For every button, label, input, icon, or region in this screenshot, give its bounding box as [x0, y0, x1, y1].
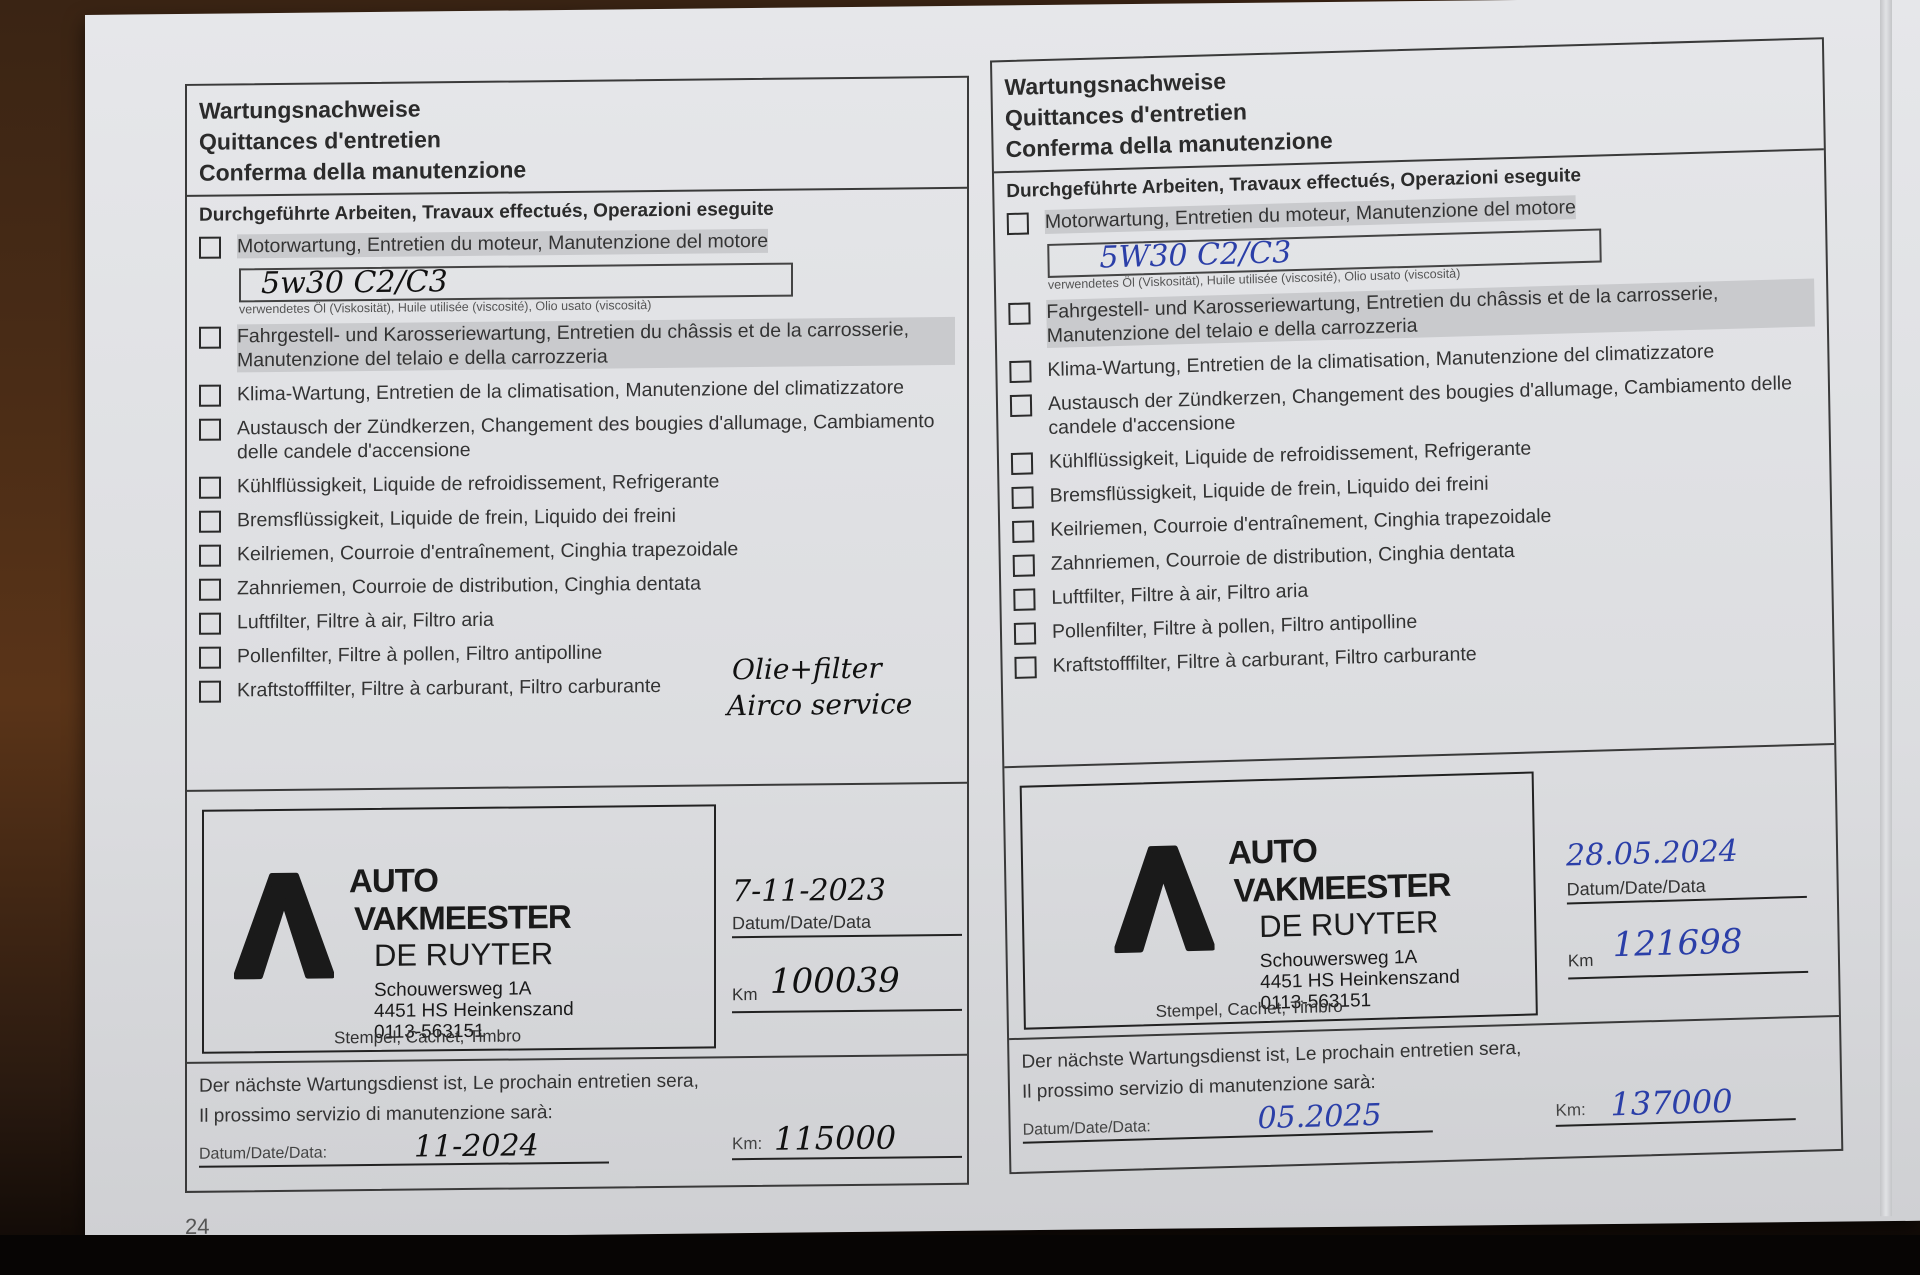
checkbox[interactable]: [1007, 212, 1029, 235]
checklist-item: Kühlflüssigkeit, Liquide de refroidissem…: [199, 467, 955, 499]
booklet-spine: [1880, 0, 1892, 1216]
stamp-brand: DE RUYTER: [374, 936, 553, 974]
oil-viscosity-value: 5W30 C2/C3: [1099, 235, 1291, 275]
checkbox[interactable]: [1009, 360, 1031, 383]
handwritten-note: Airco service: [727, 687, 912, 722]
service-km-value: 121698: [1612, 922, 1742, 966]
next-service-km-field[interactable]: Km: 115000: [732, 1118, 962, 1160]
stamp-brand: AUTO: [1228, 832, 1318, 872]
checkbox[interactable]: [1011, 452, 1033, 475]
service-record-2: Wartungsnachweise Quittances d'entretien…: [990, 37, 1843, 1174]
checkbox[interactable]: [1008, 302, 1030, 325]
checkbox[interactable]: [199, 327, 221, 349]
stamp-brand: DE RUYTER: [1259, 904, 1439, 945]
service-date-value: 7-11-2023: [732, 873, 886, 910]
workshop-stamp: AUTO VAKMEESTER DE RUYTER Schouwersweg 1…: [202, 804, 716, 1053]
performed-works: Durchgeführte Arbeiten, Travaux effectué…: [994, 150, 1834, 768]
checklist-item: Austausch der Zündkerzen, Changement des…: [1010, 371, 1817, 441]
checkbox[interactable]: [199, 681, 221, 703]
checklist-item: Fahrgestell- und Karosseriewartung, Entr…: [199, 317, 955, 373]
checklist-item: Luftfilter, Filtre à air, Filtro aria: [199, 603, 955, 635]
checkbox[interactable]: [199, 419, 221, 441]
checkbox[interactable]: [199, 385, 221, 407]
oil-viscosity-field[interactable]: 5w30 C2/C3: [239, 263, 793, 303]
stamp-brand: VAKMEESTER: [354, 898, 571, 938]
stamp-brand: AUTO: [349, 861, 438, 900]
handwritten-note: Olie+filter: [732, 652, 882, 687]
checkbox[interactable]: [199, 477, 221, 499]
checklist-item: Bremsflüssigkeit, Liquide de frein, Liqu…: [199, 501, 955, 533]
next-service-date-value: 11-2024: [414, 1128, 539, 1164]
works-heading: Durchgeführte Arbeiten, Travaux effectué…: [199, 197, 955, 227]
next-service-section: Der nächste Wartungsdienst ist, Le proch…: [187, 1056, 967, 1175]
performed-works: Durchgeführte Arbeiten, Travaux effectué…: [187, 189, 967, 792]
workshop-stamp: AUTO VAKMEESTER DE RUYTER Schouwersweg 1…: [1020, 771, 1538, 1029]
service-km-field[interactable]: Km 121698: [1567, 916, 1808, 980]
next-service-km-field[interactable]: Km: 137000: [1555, 1080, 1796, 1127]
checkbox[interactable]: [1014, 656, 1036, 679]
checkbox[interactable]: [199, 237, 221, 259]
service-date-field[interactable]: 7-11-2023 Datum/Date/Data: [732, 874, 962, 938]
service-km-value: 100039: [770, 960, 900, 1001]
checkbox[interactable]: [1010, 394, 1032, 417]
title-it: Conferma della manutenzione: [199, 150, 955, 189]
checklist-item: Klima-Wartung, Entretien de la climatisa…: [199, 375, 955, 407]
form-title: Wartungsnachweise Quittances d'entretien…: [187, 78, 967, 197]
next-service-km-value: 115000: [774, 1119, 896, 1158]
checklist-item: Keilriemen, Courroie d'entraînement, Cin…: [199, 535, 955, 567]
next-service-km-value: 137000: [1610, 1082, 1733, 1123]
oil-viscosity-value: 5w30 C2/C3: [261, 264, 448, 301]
desk-shadow: [0, 1235, 1920, 1275]
auto-vakmeester-logo-icon: [1113, 842, 1215, 955]
stamp-section: AUTO VAKMEESTER DE RUYTER Schouwersweg 1…: [187, 784, 967, 1064]
checkbox[interactable]: [199, 647, 221, 669]
service-booklet: Wartungsnachweise Quittances d'entretien…: [85, 0, 1920, 1240]
next-service-section: Der nächste Wartungsdienst ist, Le proch…: [1009, 1017, 1841, 1151]
service-date-field[interactable]: 28.05.2024 Datum/Date/Data: [1566, 836, 1807, 905]
service-record-1: Wartungsnachweise Quittances d'entretien…: [185, 76, 969, 1193]
service-date-value: 28.05.2024: [1566, 834, 1738, 874]
stamp-brand: VAKMEESTER: [1233, 866, 1450, 910]
stamp-caption: Stempel, Cachet, Timbro: [334, 1026, 521, 1048]
checklist-item: Motorwartung, Entretien du moteur, Manut…: [199, 227, 955, 259]
stamp-section: AUTO VAKMEESTER DE RUYTER Schouwersweg 1…: [1004, 745, 1839, 1040]
service-km-field[interactable]: Km 100039: [732, 954, 962, 1013]
checkbox[interactable]: [1011, 486, 1033, 509]
checkbox[interactable]: [1012, 520, 1034, 543]
checkbox[interactable]: [199, 579, 221, 601]
checkbox[interactable]: [1014, 622, 1036, 645]
checklist-item: Austausch der Zündkerzen, Changement des…: [199, 409, 955, 465]
checkbox[interactable]: [199, 511, 221, 533]
stamp-caption: Stempel, Cachet, Timbro: [1155, 997, 1342, 1022]
next-service-date-field[interactable]: Datum/Date/Data: 11-2024: [199, 1128, 609, 1168]
checkbox[interactable]: [1013, 554, 1035, 577]
checklist-item: Zahnriemen, Courroie de distribution, Ci…: [199, 569, 955, 601]
checkbox[interactable]: [1013, 588, 1035, 611]
checkbox[interactable]: [199, 545, 221, 567]
checkbox[interactable]: [199, 613, 221, 635]
next-service-date-value: 05.2025: [1257, 1098, 1382, 1136]
auto-vakmeester-logo-icon: [234, 870, 334, 981]
